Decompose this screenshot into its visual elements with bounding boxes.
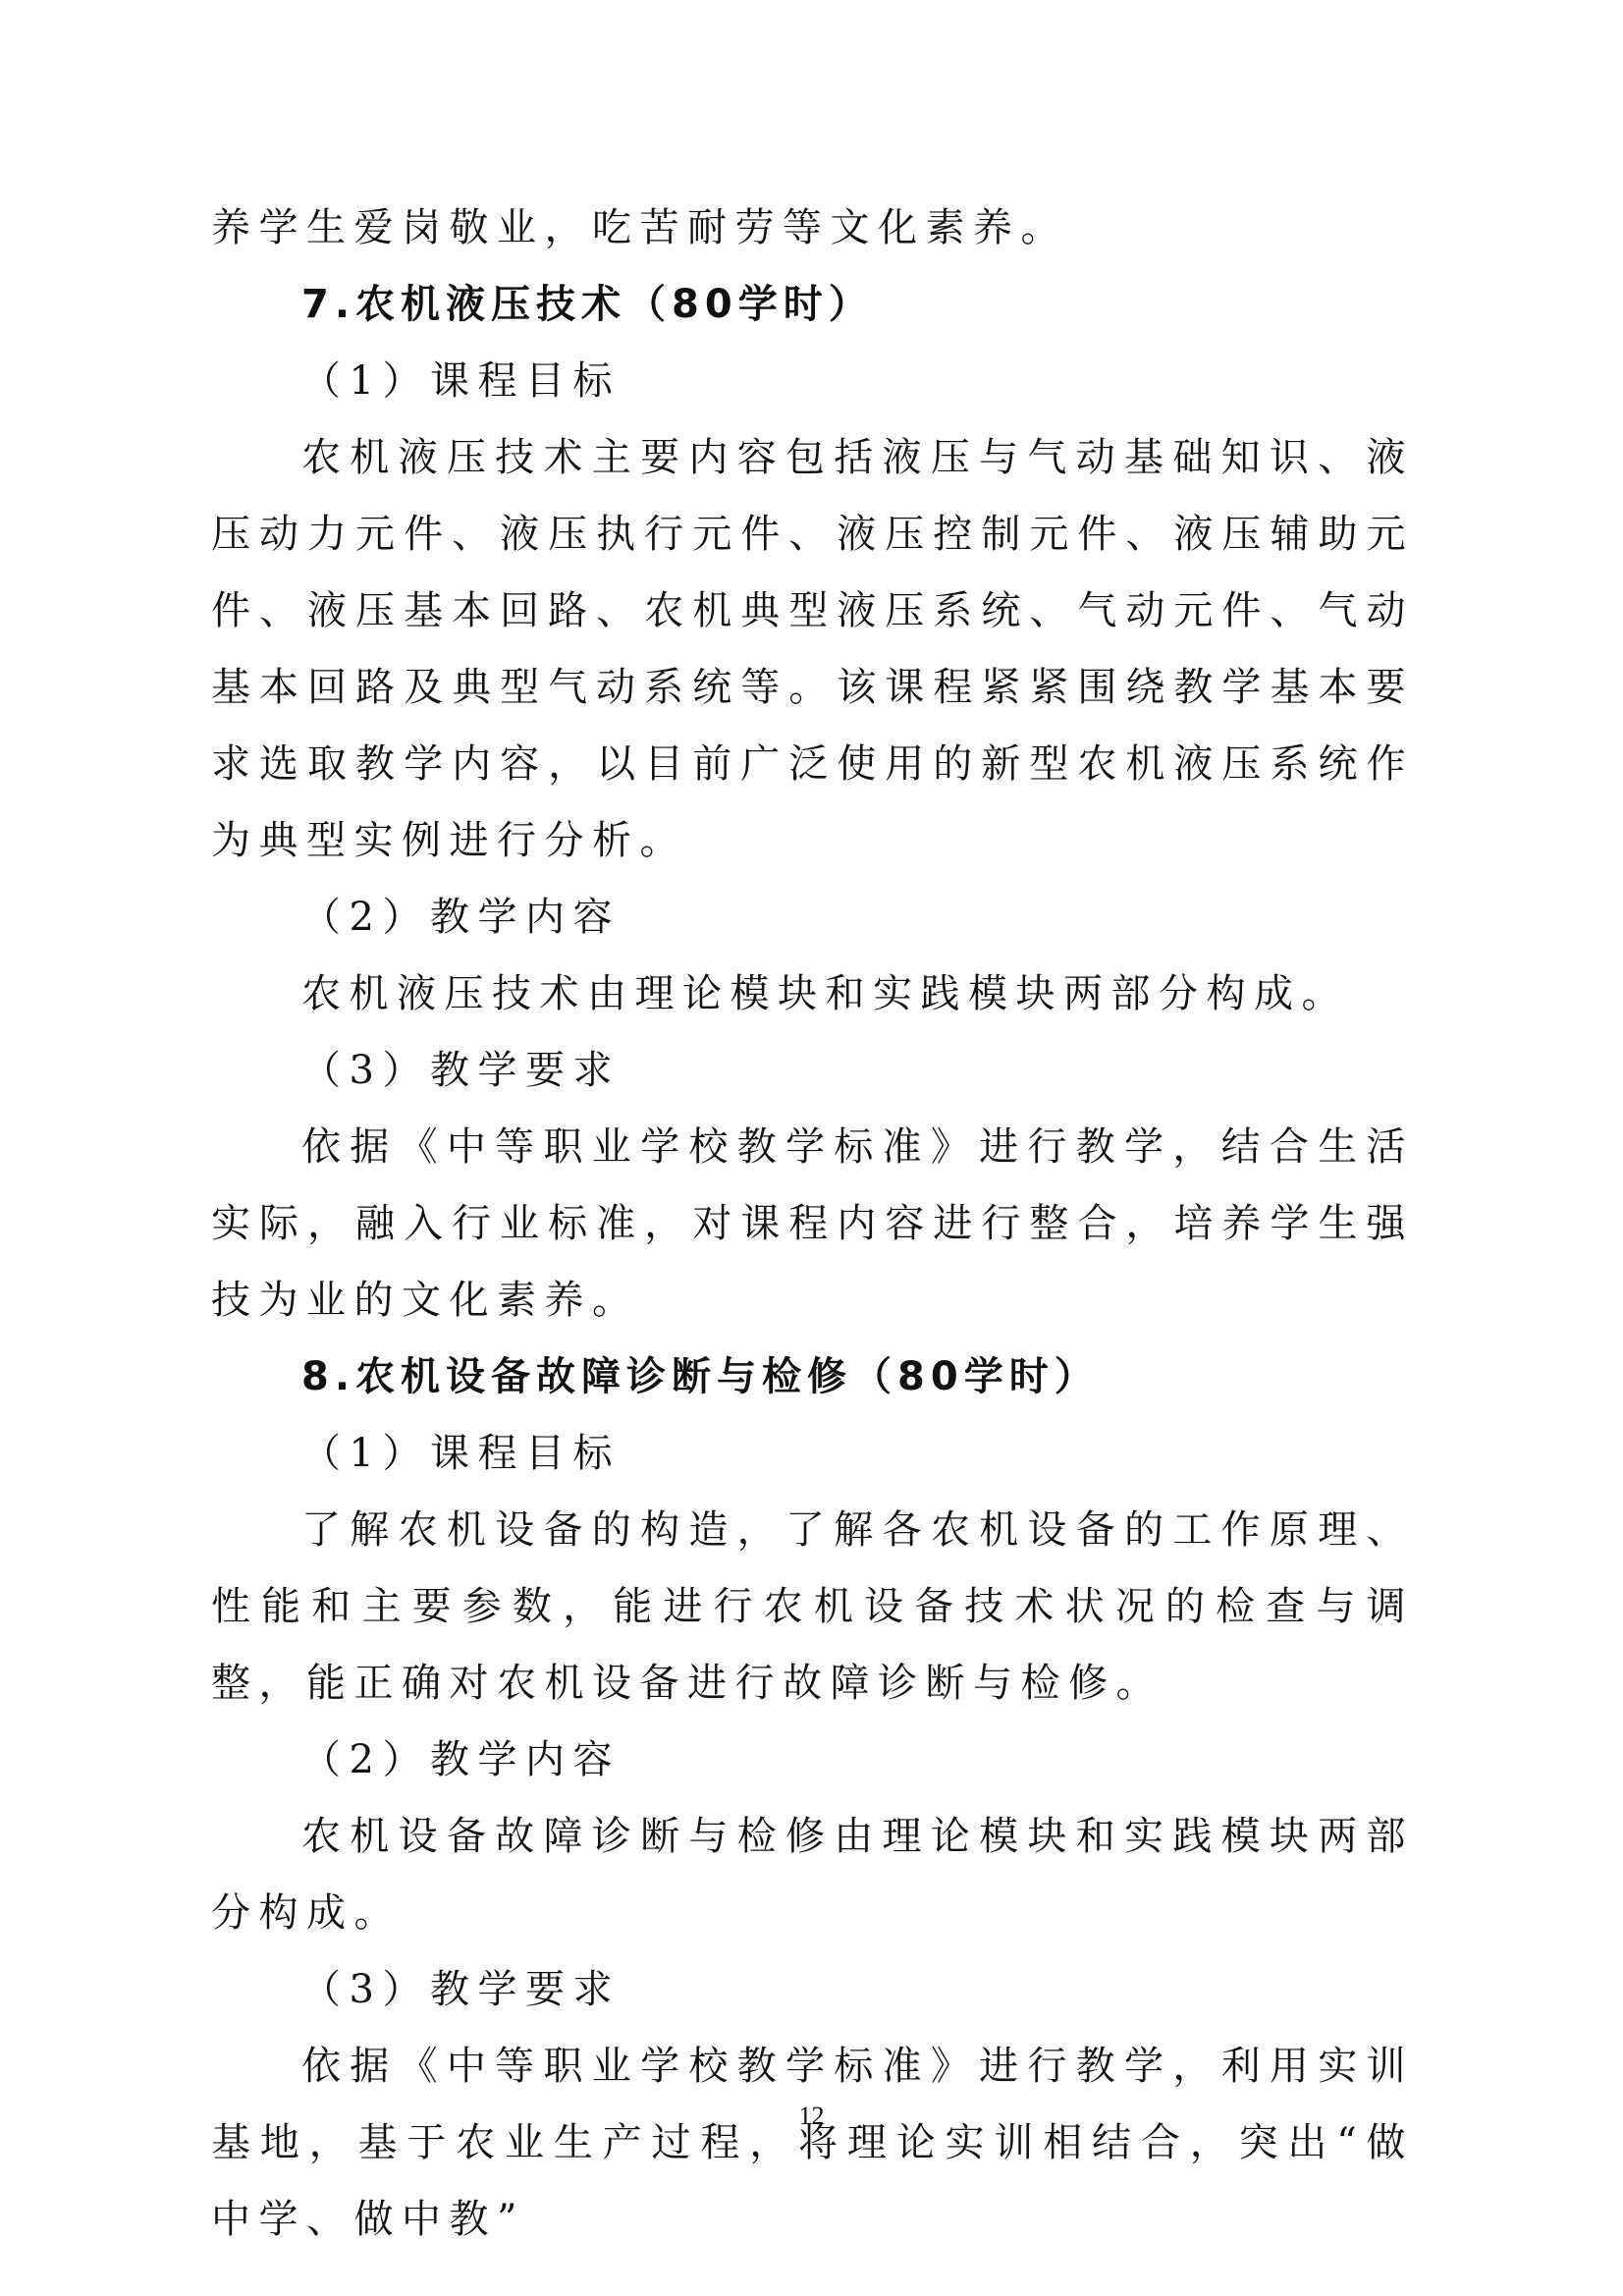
paragraph-course-objective: 农机液压技术主要内容包括液压与气动基础知识、液压动力元件、液压执行元件、液压控制… bbox=[211, 419, 1414, 879]
page-number: 12 bbox=[0, 2102, 1623, 2131]
paragraph-course-objective: 了解农机设备的构造，了解各农机设备的工作原理、性能和主要参数，能进行农机设备技术… bbox=[211, 1492, 1414, 1722]
document-body: 养学生爱岗敬业，吃苦耐劳等文化素养。 7.农机液压技术（80学时） （1）课程目… bbox=[211, 190, 1414, 2258]
subheading-course-objective: （1）课程目标 bbox=[211, 1415, 1414, 1492]
subheading-course-objective: （1）课程目标 bbox=[211, 343, 1414, 419]
continuation-text: 养学生爱岗敬业，吃苦耐劳等文化素养。 bbox=[211, 190, 1414, 266]
section-heading-7: 7.农机液压技术（80学时） bbox=[211, 266, 1414, 343]
subheading-teaching-content: （2）教学内容 bbox=[211, 1722, 1414, 1798]
paragraph-teaching-content: 农机液压技术由理论模块和实践模块两部分构成。 bbox=[211, 956, 1414, 1032]
paragraph-teaching-content: 农机设备故障诊断与检修由理论模块和实践模块两部分构成。 bbox=[211, 1798, 1414, 1951]
section-heading-8: 8.农机设备故障诊断与检修（80学时） bbox=[211, 1339, 1414, 1415]
paragraph-teaching-requirements: 依据《中等职业学校教学标准》进行教学，结合生活实际，融入行业标准，对课程内容进行… bbox=[211, 1109, 1414, 1339]
subheading-teaching-requirements: （3）教学要求 bbox=[211, 1951, 1414, 2028]
paragraph-teaching-requirements: 依据《中等职业学校教学标准》进行教学，利用实训基地，基于农业生产过程，将理论实训… bbox=[211, 2028, 1414, 2258]
subheading-teaching-content: （2）教学内容 bbox=[211, 879, 1414, 956]
subheading-teaching-requirements: （3）教学要求 bbox=[211, 1032, 1414, 1109]
